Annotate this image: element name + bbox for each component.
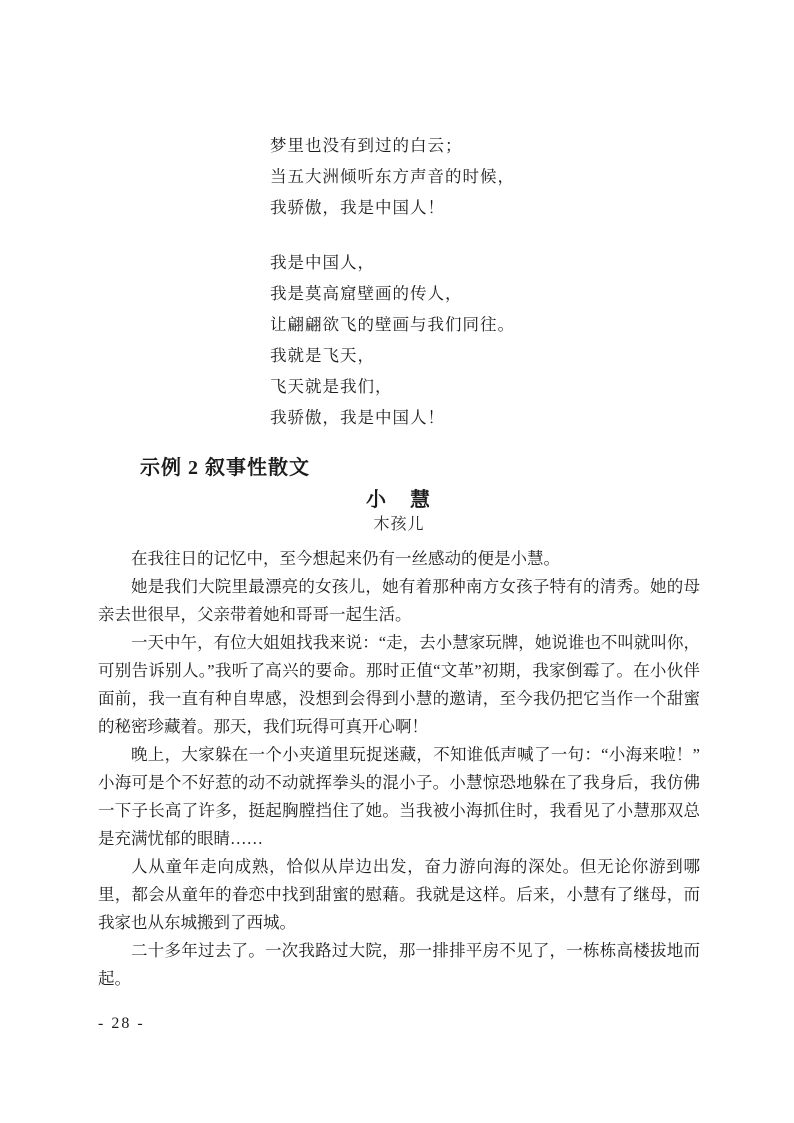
essay-paragraph: 一天中午，有位大姐姐找我来说：“走，去小慧家玩牌，她说谁也不叫就叫你，可别告诉别… xyxy=(98,629,700,741)
poem-line: 我是中国人， xyxy=(270,247,700,278)
poem-line: 我骄傲，我是中国人！ xyxy=(270,402,700,433)
essay-paragraph: 晚上，大家躲在一个小夹道里玩捉迷藏，不知谁低声喊了一句：“小海来啦！”小海可是个… xyxy=(98,741,700,853)
essay-paragraph: 二十多年过去了。一次我路过大院，那一排排平房不见了，一栋栋高楼拔地而起。 xyxy=(98,937,700,993)
page-number: - 28 - xyxy=(98,1012,145,1036)
essay-body: 在我往日的记忆中，至今想起来仍有一丝感动的便是小慧。她是我们大院里最漂亮的女孩儿… xyxy=(98,545,700,993)
poem-line: 让翩翩欲飞的壁画与我们同往。 xyxy=(270,309,700,340)
poem-line: 当五大洲倾听东方声音的时候， xyxy=(270,161,700,192)
poem-line: 我骄傲，我是中国人！ xyxy=(270,192,700,223)
poem-line: 飞天就是我们， xyxy=(270,371,700,402)
poem-stanza: 梦里也没有到过的白云；当五大洲倾听东方声音的时候，我骄傲，我是中国人！ xyxy=(270,130,700,223)
poem-stanza: 我是中国人，我是莫高窟壁画的传人，让翩翩欲飞的壁画与我们同往。我就是飞天，飞天就… xyxy=(270,247,700,433)
poem-line: 梦里也没有到过的白云； xyxy=(270,130,700,161)
essay-paragraph: 她是我们大院里最漂亮的女孩儿，她有着那种南方女孩子特有的清秀。她的母亲去世很早，… xyxy=(98,573,700,629)
essay-paragraph: 在我往日的记忆中，至今想起来仍有一丝感动的便是小慧。 xyxy=(98,545,700,573)
poem-line: 我是莫高窟壁画的传人， xyxy=(270,278,700,309)
essay-paragraph: 人从童年走向成熟，恰似从岸边出发，奋力游向海的深处。但无论你游到哪里，都会从童年… xyxy=(98,853,700,937)
document-page: 梦里也没有到过的白云；当五大洲倾听东方声音的时候，我骄傲，我是中国人！我是中国人… xyxy=(0,0,794,1123)
poem-line: 我就是飞天， xyxy=(270,340,700,371)
section-heading: 示例 2 叙事性散文 xyxy=(140,453,700,483)
poem: 梦里也没有到过的白云；当五大洲倾听东方声音的时候，我骄傲，我是中国人！我是中国人… xyxy=(270,130,700,433)
essay-author: 木孩儿 xyxy=(98,513,700,537)
essay-title: 小 慧 xyxy=(98,487,700,513)
